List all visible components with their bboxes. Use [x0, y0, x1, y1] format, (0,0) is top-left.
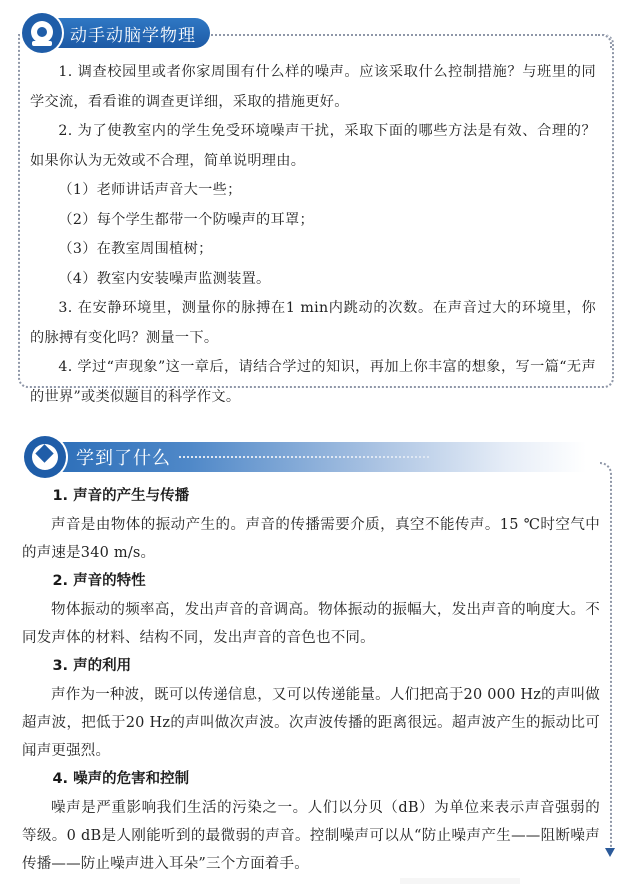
exercise-4: 4. 学过“声现象”这一章后，请结合学过的知识，再加上你丰富的想象，写一篇“无声…	[30, 353, 596, 412]
exercise-2-option-2: （2）每个学生都带一个防噪声的耳罩；	[30, 206, 596, 236]
summary-title-bar: 学到了什么	[56, 442, 586, 472]
arrow-down-icon	[605, 848, 615, 857]
exercise-2-option-1: （1）老师讲话声音大一些；	[30, 176, 596, 206]
exercise-2-option-4: （4）教室内安装噪声监测装置。	[30, 265, 596, 295]
activity-content: 1. 调查校园里或者你家周围有什么样的噪声。应该采取什么控制措施？与班里的同学交…	[30, 58, 596, 412]
activity-section-header: 动手动脑学物理	[22, 16, 210, 50]
activity-section-title: 动手动脑学物理	[50, 18, 210, 48]
topic-heading-4: 4. 噪声的危害和控制	[22, 765, 600, 794]
exercise-2-option-3: （3）在教室周围植树；	[30, 235, 596, 265]
topic-text-1: 声音是由物体的振动产生的。声音的传播需要介质，真空不能传声。15 ℃时空气中的声…	[22, 511, 600, 567]
exercise-3: 3. 在安静环境里，测量你的脉搏在1 min内跳动的次数。在声音过大的环境里，你…	[30, 294, 596, 353]
activity-box-top-border	[192, 34, 605, 36]
summary-section-header: 学到了什么	[24, 436, 586, 478]
topic-heading-3: 3. 声的利用	[22, 652, 600, 681]
summary-content: 1. 声音的产生与传播 声音是由物体的振动产生的。声音的传播需要介质，真空不能传…	[22, 482, 600, 878]
topic-text-3: 声作为一种波，既可以传递信息，又可以传递能量。人们把高于20 000 Hz的声叫…	[22, 681, 600, 765]
target-icon	[22, 13, 62, 53]
checkmark-badge-icon	[24, 436, 66, 478]
page-footer-watermark	[400, 878, 520, 884]
topic-text-4: 噪声是严重影响我们生活的污染之一。人们以分贝（dB）为单位来表示声音强弱的等级。…	[22, 794, 600, 878]
summary-dotted-rail	[600, 462, 612, 852]
topic-heading-1: 1. 声音的产生与传播	[22, 482, 600, 511]
topic-text-2: 物体振动的频率高，发出声音的音调高。物体振动的振幅大，发出声音的响度大。不同发声…	[22, 596, 600, 652]
topic-heading-2: 2. 声音的特性	[22, 567, 600, 596]
summary-section-title: 学到了什么	[76, 444, 171, 470]
title-dotted-line	[179, 456, 429, 458]
exercise-1: 1. 调查校园里或者你家周围有什么样的噪声。应该采取什么控制措施？与班里的同学交…	[30, 58, 596, 117]
exercise-2: 2. 为了使教室内的学生免受环境噪声干扰，采取下面的哪些方法是有效、合理的？如果…	[30, 117, 596, 176]
